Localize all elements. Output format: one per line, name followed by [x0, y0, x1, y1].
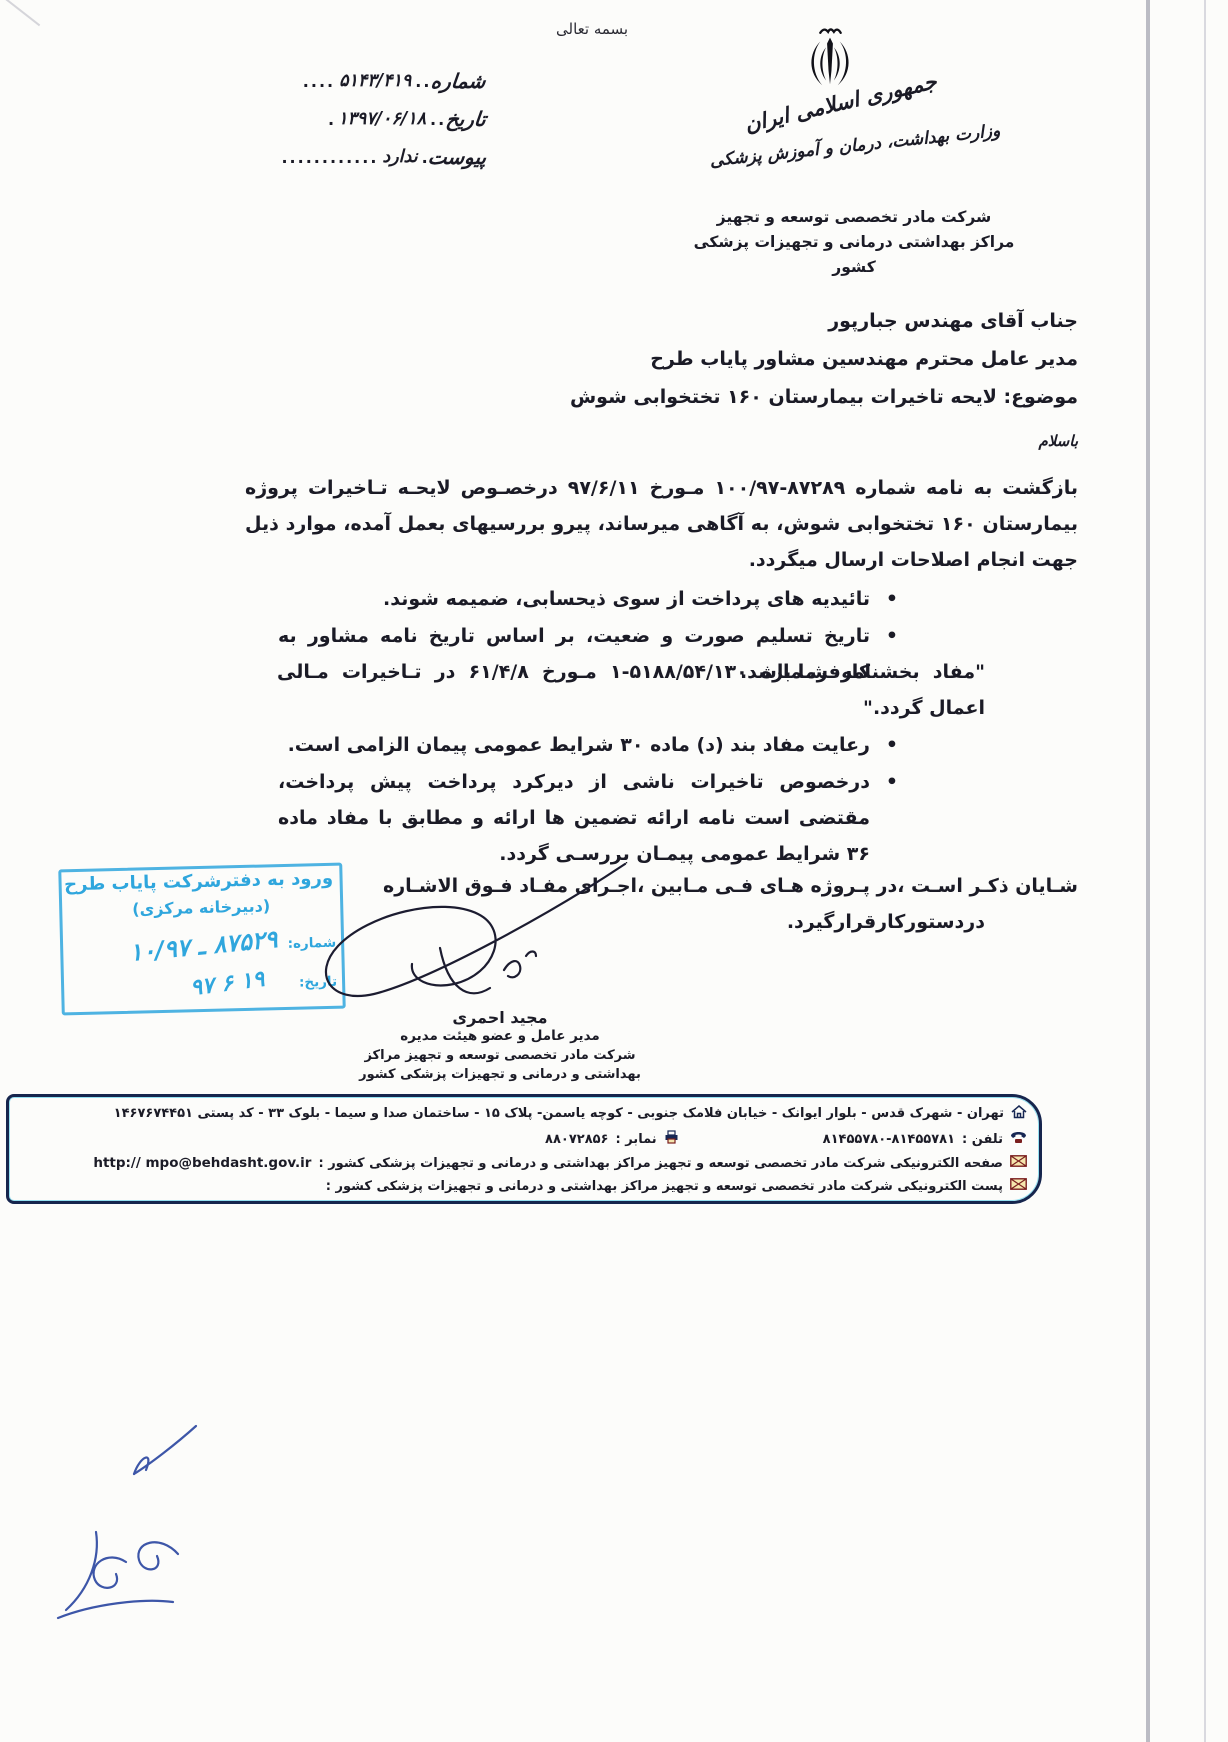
phone-icon [1010, 1131, 1027, 1148]
date-label: تاریخ [445, 107, 487, 131]
dotted-leader [328, 110, 334, 129]
dotted-leader [303, 72, 335, 91]
footer-phone-label: تلفن : [962, 1132, 1003, 1147]
date-value: ۱۳۹۷/۰۶/۱۸ [338, 109, 426, 129]
footer-web-url: http:// mpo@behdasht.gov.ir [93, 1155, 311, 1171]
scan-artifact-streak [0, 0, 40, 26]
number-label: شماره [430, 69, 487, 93]
recipient-title: مدیر عامل محترم مهندسین مشاور پایاب طرح [570, 340, 1078, 378]
footer-fax-value: ۸۸۰۷۲۸۵۶ [545, 1132, 608, 1147]
letter-date-row: تاریخ ۱۳۹۷/۰۶/۱۸ [238, 100, 486, 138]
dotted-leader [281, 148, 378, 167]
footer-phone-value: ۸۱۴۵۵۷۸۰-۸۱۴۵۵۷۸۱ [823, 1132, 955, 1147]
footer-address: تهران - شهرک قدس - بلوار ایوانک - خیابان… [114, 1106, 1004, 1121]
signature-scribble [290, 852, 640, 1021]
signatory-org-line2: بهداشتی و درمانی و تجهیزات پزشکی کشور [350, 1065, 650, 1084]
attachment-row: پیوست ندارد [238, 138, 486, 176]
bullet-item: رعایت مفاد بند (د) ماده ۳۰ شرایط عمومی پ… [278, 727, 870, 763]
letter-meta-fields: شماره ۵۱۴۳/۴۱۹ تاریخ ۱۳۹۷/۰۶/۱۸ پیوست ند… [238, 62, 486, 176]
letter-number-row: شماره ۵۱۴۳/۴۱۹ [238, 62, 486, 100]
bullet-item: تائیدیه های پرداخت از سوی ذیحسابی، ضمیمه… [278, 581, 870, 617]
recipient-block: جناب آقای مهندس جبارپور مدیر عامل محترم … [570, 302, 1078, 416]
signatory-block: مجید احمری مدیر عامل و عضو هیئت مدیره شر… [350, 1008, 650, 1084]
organization-line2: مراکز بهداشتی درمانی و تجهیزات پزشکی کشو… [686, 230, 1022, 280]
pen-scribble [38, 1412, 228, 1631]
house-icon [1011, 1104, 1027, 1123]
dotted-leader [415, 72, 431, 91]
footer-email-label: پست الکترونیکی شرکت مادر تخصصی توسعه و ت… [326, 1179, 1003, 1194]
recipient-name: جناب آقای مهندس جبارپور [570, 302, 1078, 340]
footer-address-line: تهران - شهرک قدس - بلوار ایوانک - خیابان… [25, 1104, 1027, 1123]
footer-web-line: صفحه الکترونیکی شرکت مادر تخصصی توسعه و … [25, 1155, 1027, 1171]
dotted-leader [430, 110, 446, 129]
signatory-name: مجید احمری [350, 1008, 650, 1027]
salutation: باسلام [1038, 432, 1078, 450]
closing-line: دردستورکارقرارگیرد. [787, 904, 985, 940]
organization-name: شرکت مادر تخصصی توسعه و تجهیز مراکز بهدا… [686, 205, 1022, 280]
fax-printer-icon [664, 1130, 679, 1148]
footer-email-line: پست الکترونیکی شرکت مادر تخصصی توسعه و ت… [25, 1178, 1027, 1194]
circular-quote: "مفاد بخشنامه شـماره ۵۱۸۸/۵۴/۱۳۰-۱ مـورخ… [277, 654, 985, 726]
envelope-icon [1010, 1155, 1027, 1171]
organization-line1: شرکت مادر تخصصی توسعه و تجهیز [686, 205, 1022, 230]
envelope-icon [1010, 1178, 1027, 1194]
attachment-value: ندارد [382, 147, 417, 167]
body-paragraph: بازگشت به نامه شماره ۸۷۲۸۹-۱۰۰/۹۷ مـورخ … [245, 470, 1078, 578]
signatory-org-line1: شرکت مادر تخصصی توسعه و تجهیز مراکز [350, 1046, 650, 1065]
attachment-label: پیوست [426, 145, 487, 169]
bismillah-text: بسمه تعالی [556, 20, 628, 38]
number-value: ۵۱۴۳/۴۱۹ [339, 71, 411, 91]
scan-artifact-line [1146, 0, 1150, 1742]
footer-web-label: صفحه الکترونیکی شرکت مادر تخصصی توسعه و … [318, 1156, 1003, 1171]
footer-fax-label: نمابر : [616, 1132, 657, 1147]
footer-phone-line: تلفن : ۸۱۴۵۵۷۸۰-۸۱۴۵۵۷۸۱ نمابر : ۸۸۰۷۲۸۵… [25, 1130, 1027, 1148]
footer-contact-box: تهران - شهرک قدس - بلوار ایوانک - خیابان… [6, 1094, 1042, 1204]
scanned-letter-page: بسمه تعالی جمهوری اسلامی ایران وزارت بهد… [0, 0, 1228, 1742]
signatory-title: مدیر عامل و عضو هیئت مدیره [350, 1027, 650, 1046]
subject-line: موضوع: لایحه تاخیرات بیمارستان ۱۶۰ تختخو… [570, 378, 1078, 416]
scan-artifact-line [1204, 0, 1206, 1742]
